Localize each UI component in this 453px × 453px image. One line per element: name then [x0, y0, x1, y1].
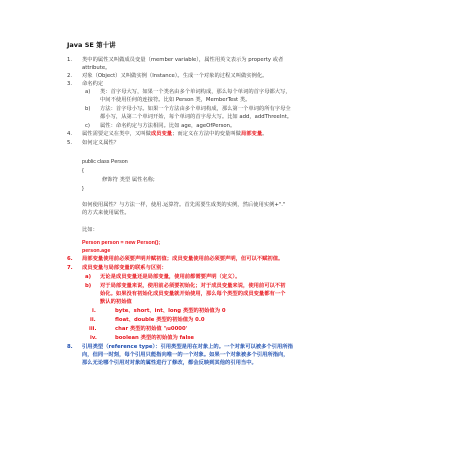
item-7b-text-cont: 默认的初始值	[100, 299, 132, 306]
roman-number: ii.	[90, 317, 96, 324]
item-number: 4.	[67, 131, 72, 138]
default-value-text: boolean 类型的初始值为 false	[115, 335, 194, 342]
code-line: {	[82, 168, 84, 175]
usage-text: 如何使用属性？与方法一样，使用.运算符。首先需要生成类的实例，然后使用实例+".…	[82, 202, 285, 209]
item-8-text-cont: 那么无论哪个引用对对象的属性进行了修改，都会反映到其他的引用当中。	[82, 360, 257, 367]
item-7b-text-cont: 始化。如果没有初始化成员变量就开始使用，那么每个类型的成员变量都有一个	[100, 291, 285, 298]
item-1-text-cont: attribute。	[82, 65, 110, 72]
item-number: 7.	[67, 265, 73, 272]
roman-number: i.	[92, 308, 96, 315]
code-line: 修饰符 类型 属性名称;	[102, 177, 155, 184]
item-3-text: 命名约定	[82, 81, 103, 88]
item-number: 3.	[67, 81, 72, 88]
item-3a-text-cont: 中间不使用任何的连接符。比如 Person 类，MemberTest 类。	[100, 97, 250, 104]
usage-text-cont: 的方式来使用属性。	[82, 210, 130, 217]
item-3c-text: 属性：命名约定与方法相同。比如 age，ageOfPerson。	[100, 123, 235, 130]
item-2-text: 对象（Object）又叫做实例（Instance）。生成一个对象的过程又叫做实例…	[82, 73, 267, 80]
example-label: 比如：	[82, 227, 98, 234]
item-4-mid: ；而定义在方法中的变量叫做	[172, 131, 241, 137]
subitem-letter: b)	[85, 106, 90, 113]
item-6-text: 局部变量使用前必须要声明并赋初值；成员变量使用前必须要声明，但可以不赋初值。	[82, 256, 283, 263]
local-variable-highlight: 局部变量	[241, 131, 262, 137]
item-3b-text-cont: 都小写，从第二个单词开始，每个单词的首字母大写。比如 add，addThreeI…	[100, 114, 292, 121]
subitem-letter: b)	[85, 283, 91, 290]
member-variable-highlight: 成员变量	[151, 131, 172, 137]
item-1-text: 类中的属性又叫做成员变量（member variable），属性用英文表示为 p…	[82, 57, 283, 64]
item-number: 8.	[67, 344, 73, 351]
item-8-text: 引用类型（reference type）：引用类型是用在对象上的。一个对象可以被…	[82, 344, 293, 351]
item-5-text: 如何定义属性？	[82, 140, 119, 147]
roman-number: iv.	[90, 335, 97, 342]
page-title: Java SE 第十讲	[67, 40, 116, 49]
item-4-text: 属性需要定义在类中，又叫做成员变量；而定义在方法中的变量叫做局部变量。	[82, 131, 267, 138]
default-value-text: byte、short、int、long 类型的初始值为 0	[115, 308, 226, 315]
default-value-text: float、double 类型的初始值为 0.0	[115, 317, 205, 324]
item-7b-text: 对于局部变量来说，使用前必须要初始化；对于成员变量来说，使用前可以不初	[100, 283, 285, 290]
item-4-post: 。	[262, 131, 267, 137]
item-number: 6.	[67, 256, 73, 263]
item-4-pre: 属性需要定义在类中，又叫做	[82, 131, 151, 137]
item-7-text: 成员变量与局部变量的联系与区别：	[82, 265, 167, 272]
code-line: public class Person	[82, 159, 128, 166]
code-line: person.age	[82, 248, 110, 255]
item-number: 2.	[67, 73, 72, 80]
item-3a-text: 类：首字母大写，如果一个类名由多个单词构成，那么每个单词的首字母都大写，	[100, 89, 291, 96]
item-3b-text: 方法：首字母小写。如果一个方法由多个单词构成，那么第一个单词的所有字母全	[100, 106, 291, 113]
code-line: }	[82, 186, 84, 193]
subitem-letter: a)	[85, 274, 91, 281]
code-line: Person person = new Person();	[82, 240, 160, 247]
item-number: 1.	[67, 57, 72, 64]
subitem-letter: c)	[85, 123, 90, 130]
document-page: Java SE 第十讲 1. 类中的属性又叫做成员变量（member varia…	[0, 0, 453, 453]
item-7a-text: 无论是成员变量还是局部变量，使用前都需要声明（定义）。	[100, 274, 240, 281]
item-8-text-cont: 向，但同一时刻，每个引用只能指向唯一的一个对象。如果一个对象被多个引用所指向，	[82, 352, 289, 359]
roman-number: iii.	[89, 326, 96, 333]
default-value-text: char 类型的初始值 '\u0000'	[115, 326, 187, 333]
subitem-letter: a)	[85, 89, 90, 96]
item-number: 5.	[67, 140, 72, 147]
